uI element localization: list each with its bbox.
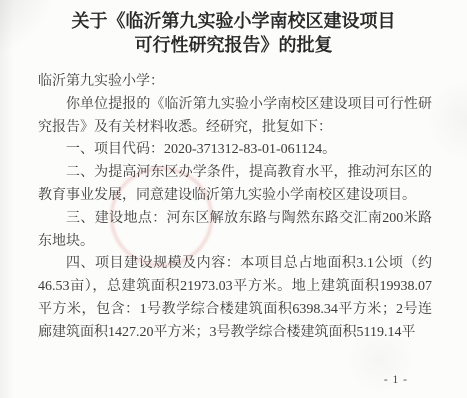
salutation: 临沂第九实验小学：	[38, 71, 432, 94]
paragraph-item-4-scale: 四、项目建设规模及内容：本项目总占地面积3.1公顷（约46.53亩），总建筑面积…	[38, 253, 432, 344]
document-title-line-1: 关于《临沂第九实验小学南校区建设项目	[0, 9, 467, 33]
scanned-document-page: 关于《临沂第九实验小学南校区建设项目 可行性研究报告》的批复 临沂第九实验小学：…	[0, 0, 467, 398]
paragraph-item-1-project-code: 一、项目代码：2020-371312-83-01-061124。	[38, 139, 432, 162]
paragraph-item-2-approval: 二、为提高河东区办学条件，提高教育水平，推动河东区的教育事业发展，同意建设临沂第…	[38, 162, 432, 208]
page-number: - 1 -	[384, 374, 408, 386]
document-body: 临沂第九实验小学： 你单位提报的《临沂第九实验小学南校区建设项目可行性研究报告》…	[38, 71, 432, 345]
paragraph-item-3-location: 三、建设地点：河东区解放东路与陶然东路交汇南200米路东地块。	[38, 208, 432, 254]
document-title-line-2: 可行性研究报告》的批复	[0, 33, 467, 57]
document-title: 关于《临沂第九实验小学南校区建设项目 可行性研究报告》的批复	[0, 9, 467, 57]
paragraph-intro: 你单位提报的《临沂第九实验小学南校区建设项目可行性研究报告》及有关材料收悉。经研…	[38, 94, 432, 140]
